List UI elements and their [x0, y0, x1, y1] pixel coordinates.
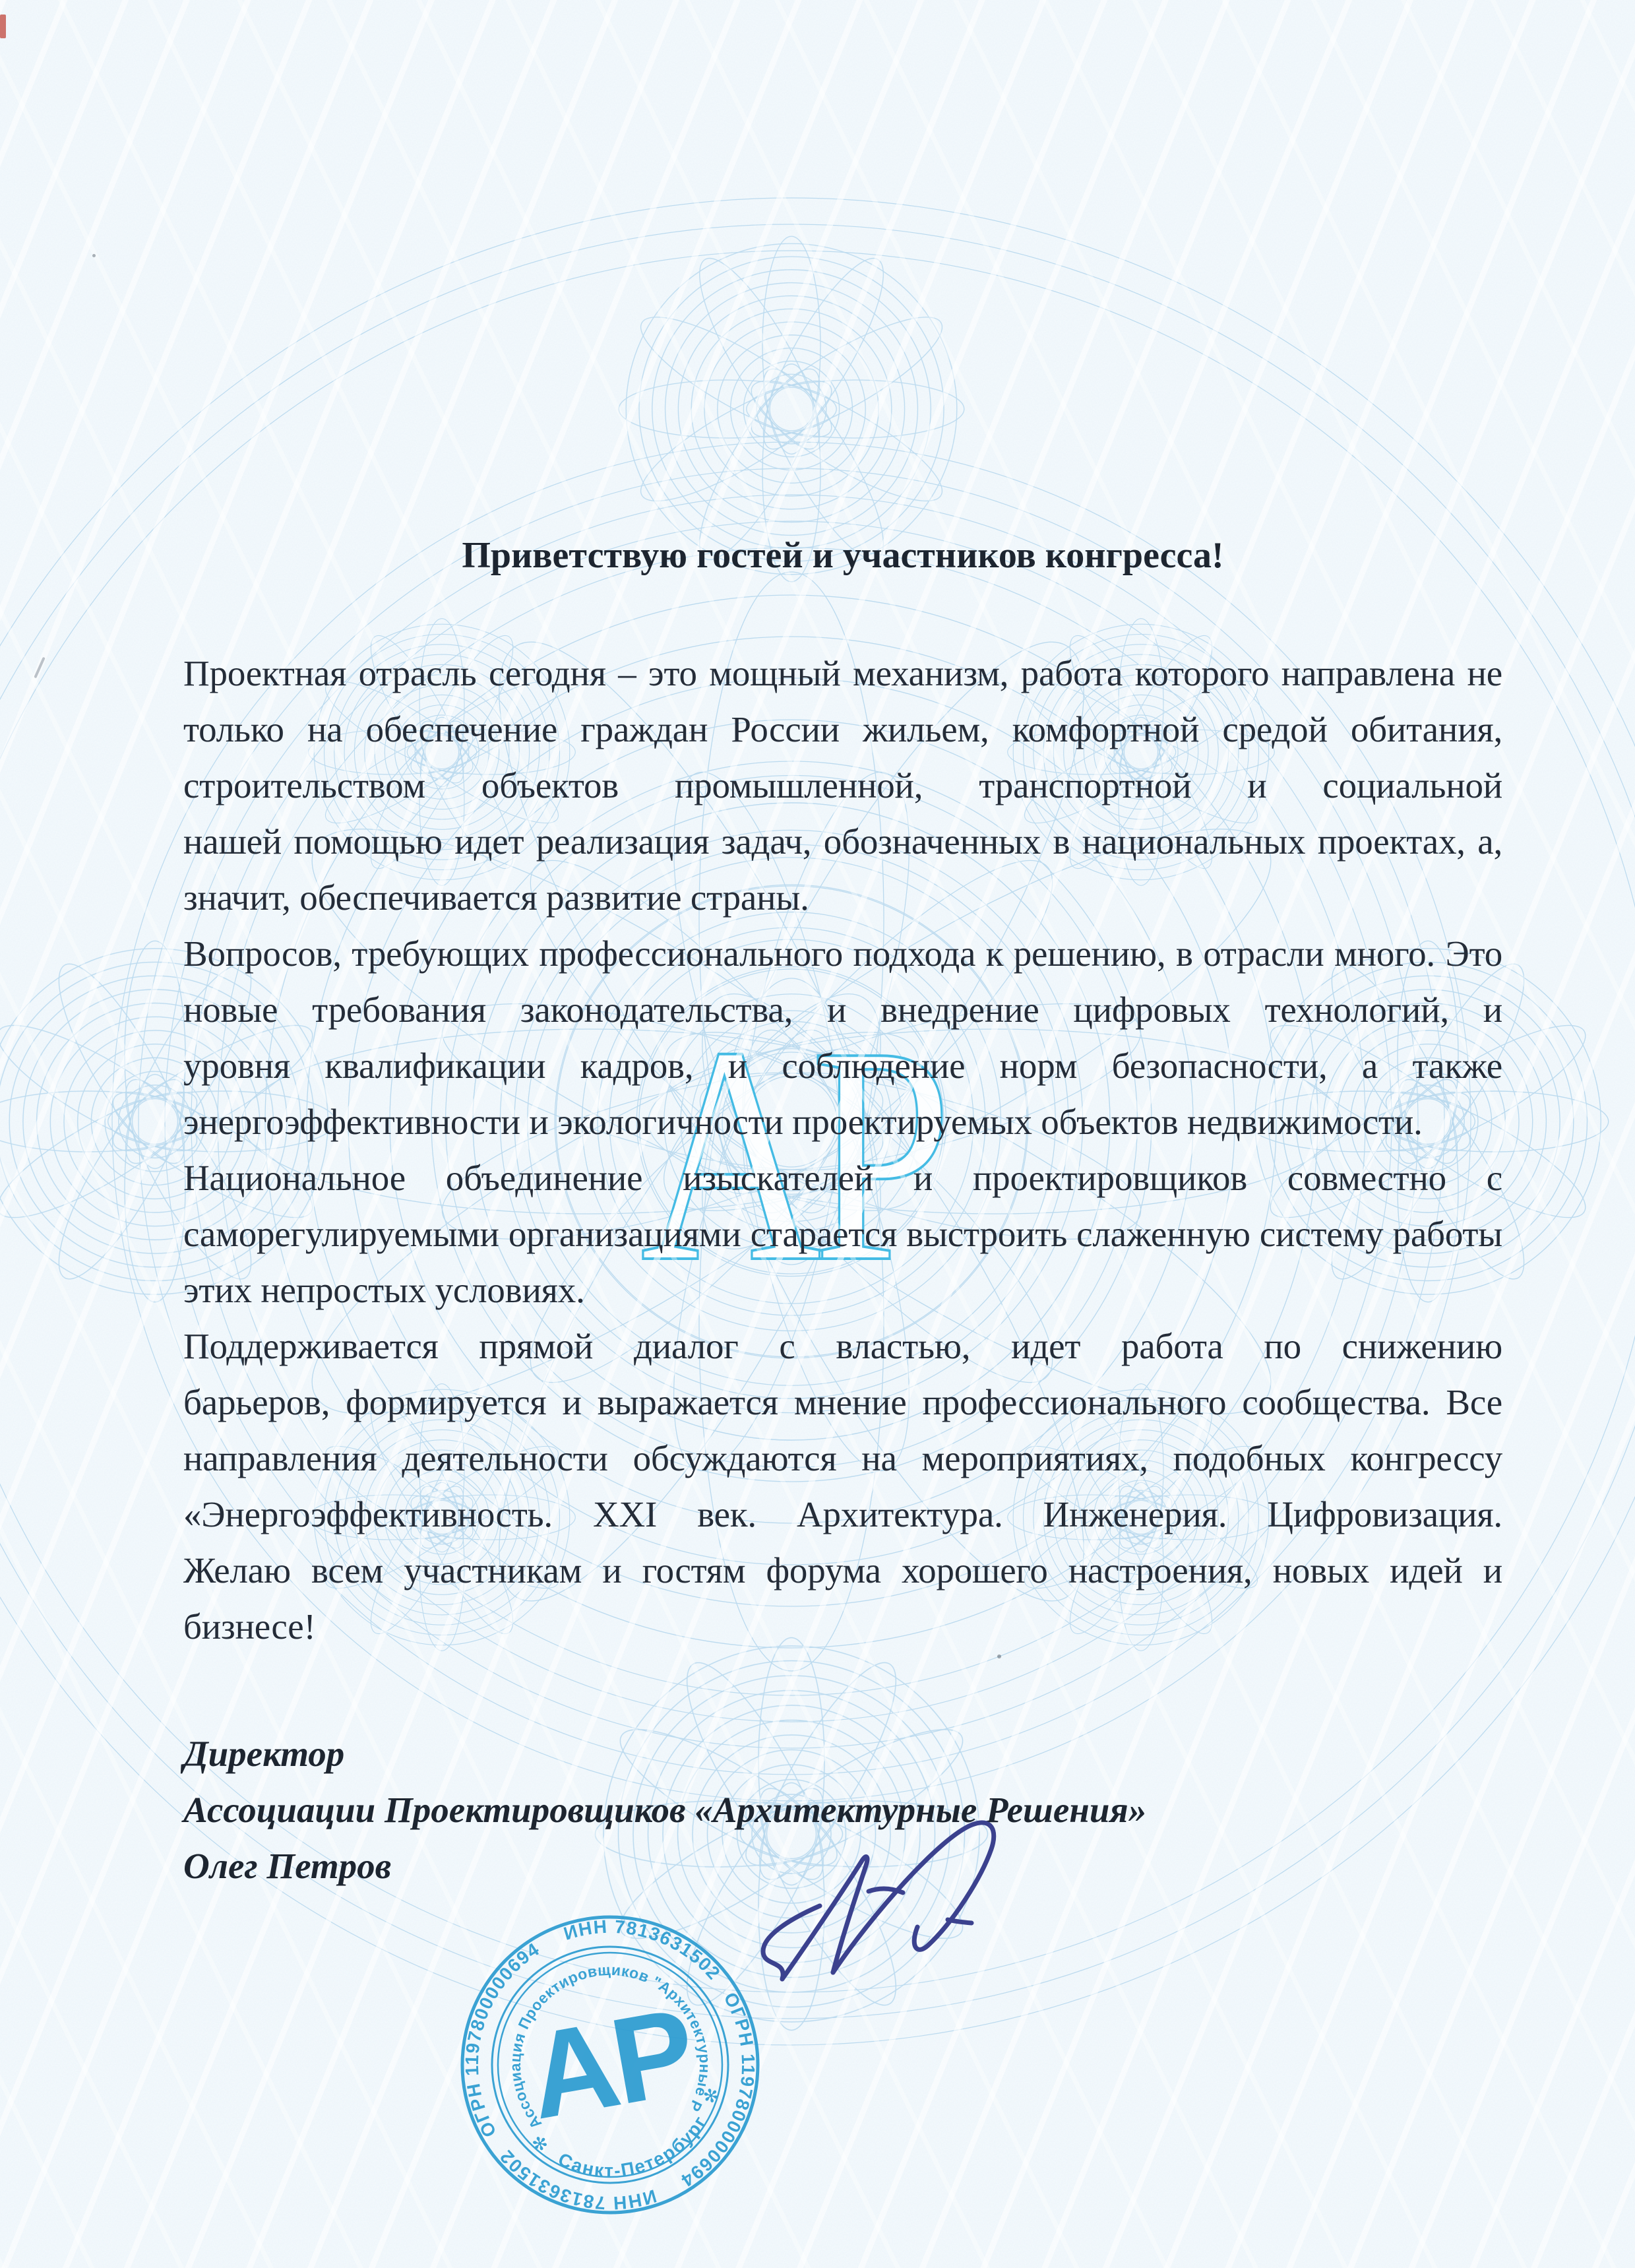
- body-line: саморегулируемыми организациями стараетс…: [183, 1206, 1502, 1262]
- body-line: Желаю всем участникам и гостям форума хо…: [183, 1542, 1502, 1598]
- body-line: Проектная отрасль сегодня – это мощный м…: [183, 645, 1502, 701]
- body-line: этих непростых условиях.: [183, 1262, 1502, 1318]
- signature-stroke-dash: [948, 1920, 972, 1923]
- body-line: «Энергоэффективность. XXI век. Архитекту…: [183, 1486, 1502, 1542]
- handwritten-signature: [725, 1794, 1022, 2012]
- body-line: только на обеспечение граждан России жил…: [183, 701, 1502, 757]
- letter-title: Приветствую гостей и участников конгресс…: [183, 528, 1502, 584]
- body-line: новые требования законодательства, и вне…: [183, 982, 1502, 1038]
- body-line: энергоэффективности и экологичности прое…: [183, 1094, 1502, 1150]
- body-line: уровня квалификации кадров, и соблюдение…: [183, 1038, 1502, 1094]
- body-line: строительством объектов промышленной, тр…: [183, 757, 1502, 813]
- body-line: барьеров, формируется и выражается мнени…: [183, 1374, 1502, 1430]
- stamp-monogram: АР: [518, 1983, 702, 2145]
- body-line: нашей помощью идет реализация задач, обо…: [183, 813, 1502, 869]
- body-line: бизнесе!: [183, 1598, 1502, 1654]
- body-line: направления деятельности обсуждаются на …: [183, 1430, 1502, 1486]
- body-line: Вопросов, требующих профессионального по…: [183, 926, 1502, 982]
- signoff-position: Директор: [183, 1726, 1502, 1782]
- scanned-letter-page: АР Приветствую гостей и участников конгр…: [0, 0, 1635, 2268]
- body-line: Поддерживается прямой диалог с властью, …: [183, 1318, 1502, 1374]
- body-line: значит, обеспечивается развитие страны.: [183, 869, 1502, 926]
- body-line: Национальное объединение изыскателей и п…: [183, 1150, 1502, 1206]
- letter-body: Проектная отрасль сегодня – это мощный м…: [183, 645, 1502, 1654]
